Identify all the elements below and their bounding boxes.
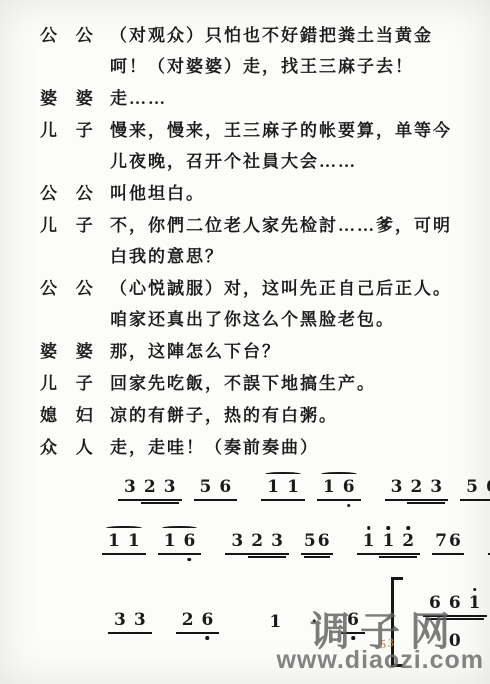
beat-group: 323 <box>385 478 449 501</box>
music-note: 1 <box>323 478 335 496</box>
music-note: 3 <box>164 478 176 496</box>
music-note: 6 <box>184 532 196 550</box>
script-line: 公 公（对观众）只怕也不好錯把粪土当黄金呵！（对婆婆）走，找王三麻子去！ <box>40 20 466 82</box>
music-note: 3 <box>430 478 442 496</box>
octave-dot-below <box>206 636 210 640</box>
octave-dot-above <box>387 526 391 530</box>
music-line-1: 32356111632356 <box>0 477 490 501</box>
music-line-2: 11163235611276353561 <box>0 523 490 555</box>
dialogue-text: （对观众）只怕也不好錯把粪土当黄金呵！（对婆婆）走，找王三麻子去！ <box>110 20 466 82</box>
music-note: 3 <box>391 478 403 496</box>
octave-dot-above <box>473 588 477 592</box>
music-note: 1 <box>269 613 281 631</box>
octave-dot-above <box>367 526 371 530</box>
beat-group: 56 <box>301 532 333 555</box>
music-note: 6 <box>343 478 355 496</box>
music-note: 1 <box>267 478 279 496</box>
music-note: 6 <box>202 611 214 629</box>
music-note: 3 <box>231 532 243 550</box>
music-note: 3 <box>134 611 146 629</box>
speaker-name: 众 人 <box>40 432 100 463</box>
scanned-script-page: { "script_lines": [ {"speaker": "公 公", "… <box>0 0 490 684</box>
speaker-name: 婆 婆 <box>40 83 100 114</box>
beat-group: 16 <box>317 478 361 501</box>
music-note: 2 <box>402 532 414 550</box>
music-note: 5 <box>304 532 316 550</box>
music-note: 3 <box>114 611 126 629</box>
beat-group: 1 <box>263 613 287 631</box>
music-note: 6 <box>486 478 490 496</box>
speaker-name: 儿 子 <box>40 210 100 272</box>
sixteenth-beam-group: 23 <box>140 478 180 496</box>
music-note: 2 <box>410 478 422 496</box>
script-line: 儿 子不，你們二位老人家先检討……爹，可明白我的意思？ <box>40 210 466 272</box>
music-note: 6 <box>219 478 231 496</box>
dialogue-text: 不，你們二位老人家先检討……爹，可明白我的意思？ <box>110 210 466 272</box>
speaker-name: 儿 子 <box>40 368 100 399</box>
music-note: 6 <box>449 532 461 550</box>
script-line: 众 人走，走哇！（奏前奏曲） <box>40 432 466 463</box>
beat-group: 11 <box>261 478 305 501</box>
music-note: 1 <box>108 532 120 550</box>
music-note: 7 <box>435 532 447 550</box>
dialogue-text: （心悦誠服）对，这叫先正自己后正人。咱家还真出了你这么个黑脸老包。 <box>110 273 466 335</box>
music-note: 3 <box>124 478 136 496</box>
beat-group: 56 <box>194 478 238 501</box>
speaker-name: 媳 妇 <box>40 400 100 431</box>
music-note: 2 <box>144 478 156 496</box>
dialogue-text: 走，走哇！（奏前奏曲） <box>110 432 466 463</box>
octave-dot-above <box>406 526 410 530</box>
script-line: 婆 婆那，这陣怎么下台？ <box>40 336 466 367</box>
script-block: 公 公（对观众）只怕也不好錯把粪土当黄金呵！（对婆婆）走，找王三麻子去！婆 婆走… <box>0 0 490 463</box>
speaker-name: 儿 子 <box>40 115 100 177</box>
music-note: 6 <box>318 532 330 550</box>
music-note: 5 <box>200 478 212 496</box>
beat-group: 56 <box>460 478 490 501</box>
sixteenth-beam-group: 23 <box>247 532 287 550</box>
beat-group: 76 <box>432 532 464 555</box>
dialogue-text: 叫他坦白。 <box>110 178 466 209</box>
music-note: 1 <box>287 478 299 496</box>
script-line: 公 公叫他坦白。 <box>40 178 466 209</box>
beat-group: 323 <box>225 532 289 555</box>
beat-group: 11 <box>102 532 146 555</box>
beat-group: 323 <box>118 478 182 501</box>
music-note: 3 <box>271 532 283 550</box>
script-line: 儿 子回家先吃飯，不誤下地搞生产。 <box>40 368 466 399</box>
octave-dot-below <box>347 504 351 508</box>
music-note: 1 <box>382 532 394 550</box>
music-note: 1 <box>164 532 176 550</box>
sixteenth-beam-group: 23 <box>406 478 446 496</box>
dialogue-text: 走…… <box>110 83 466 114</box>
beat-group: 16 <box>158 532 202 555</box>
script-line: 婆 婆走…… <box>40 83 466 114</box>
script-line: 儿 子慢来，慢来，王三麻子的帐要算，单等今儿夜晚，召开个社員大会…… <box>40 115 466 177</box>
script-line: 公 公（心悦誠服）对，这叫先正自己后正人。咱家还真出了你这么个黑脸老包。 <box>40 273 466 335</box>
speaker-name: 公 公 <box>40 178 100 209</box>
beat-group: 26 <box>176 611 220 634</box>
dialogue-text: 那，这陣怎么下台？ <box>110 336 466 367</box>
music-note: 1 <box>363 532 375 550</box>
sixteenth-beam-group: 12 <box>378 532 418 550</box>
dialogue-text: 凉的有餅子，热的有白粥。 <box>110 400 466 431</box>
speaker-name: 婆 婆 <box>40 336 100 367</box>
speaker-name: 公 公 <box>40 273 100 335</box>
beat-group: 112 <box>357 532 421 555</box>
sixteenth-beam-group: 56 <box>303 532 331 550</box>
octave-dot-below <box>188 558 192 562</box>
music-note: 1 <box>469 594 481 612</box>
music-note: 5 <box>466 478 478 496</box>
script-line: 媳 妇凉的有餅子，热的有白粥。 <box>40 400 466 431</box>
music-note: 2 <box>251 532 263 550</box>
speaker-name: 公 公 <box>40 20 100 82</box>
dialogue-text: 回家先吃飯，不誤下地搞生产。 <box>110 368 466 399</box>
music-note: 1 <box>128 532 140 550</box>
beat-group: 33 <box>108 611 152 634</box>
watermark-url: www.diaozi.com <box>276 646 484 675</box>
music-note: 2 <box>182 611 194 629</box>
dialogue-text: 慢来，慢来，王三麻子的帐要算，单等今儿夜晚，召开个社員大会…… <box>110 115 466 177</box>
